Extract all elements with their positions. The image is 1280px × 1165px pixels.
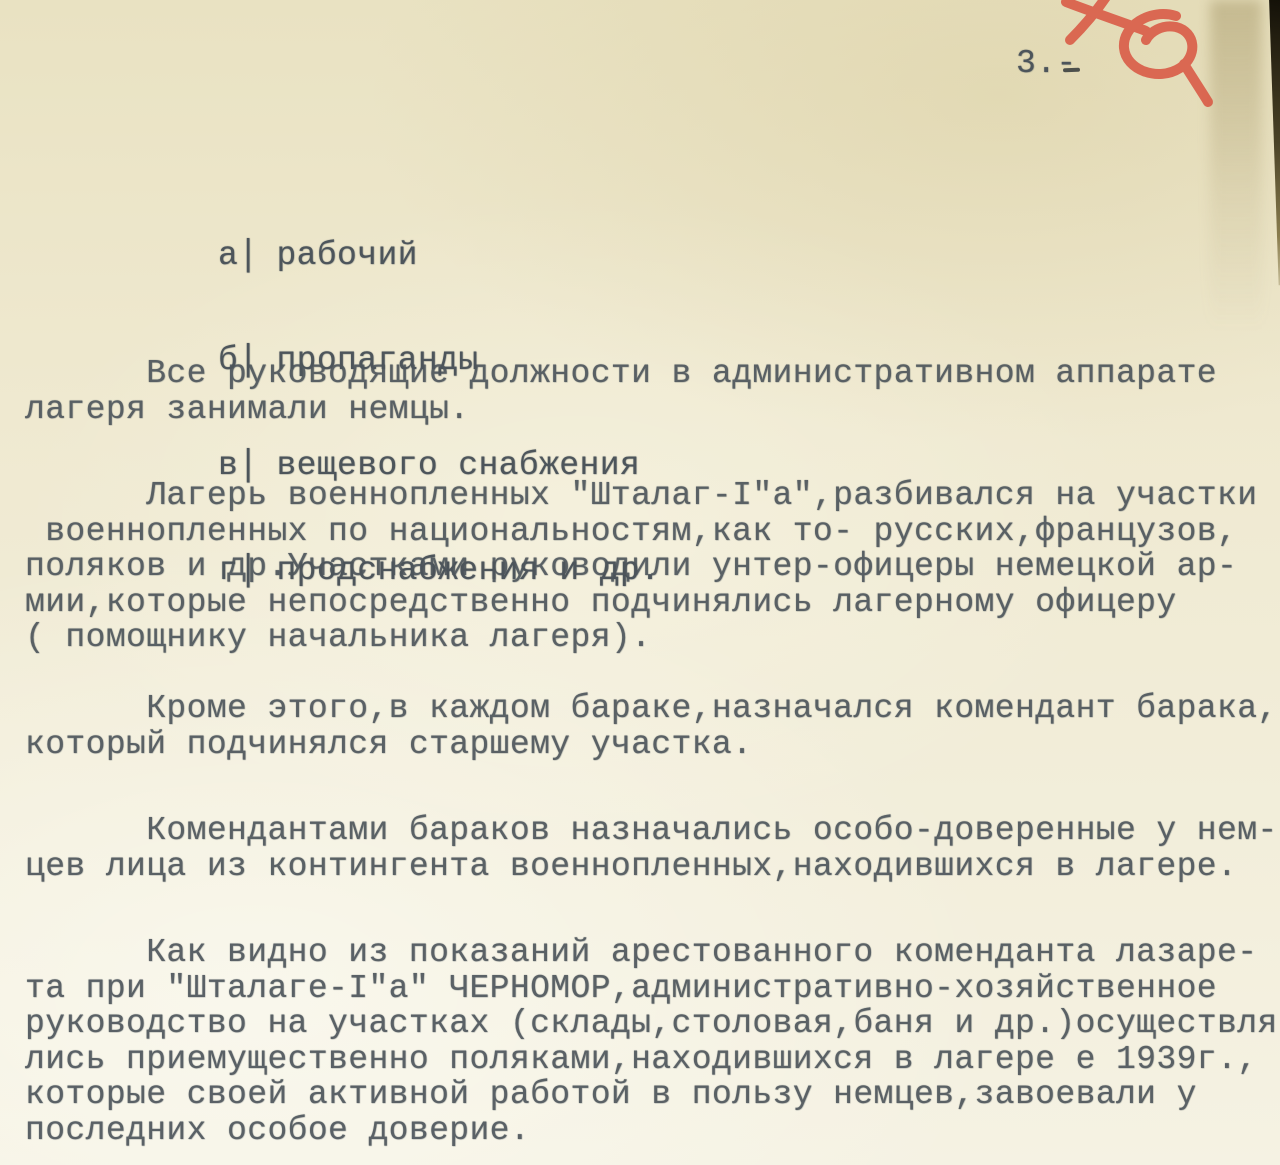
paragraph-barrack-commandant: Кроме этого,в каждом бараке,назначался к…: [25, 691, 1278, 762]
page-number: 3.-: [1016, 46, 1077, 82]
scanned-document-page: 3.- а|рабочий б|пропаганды в|вещевого сн…: [0, 0, 1280, 1165]
paragraph-administration: Все руководящие должности в администрати…: [25, 356, 1217, 427]
paragraph-camp-sections: Лагерь военнопленных "Шталаг-I"а",разбив…: [25, 478, 1257, 656]
paragraph-trusted-commandants: Комендантами бараков назначались особо-д…: [25, 813, 1278, 884]
list-item: а|рабочий: [218, 238, 660, 273]
list-item-label: рабочий: [276, 237, 417, 274]
paragraph-chernomor-testimony: Как видно из показаний арестованного ком…: [25, 935, 1278, 1148]
list-marker: а: [218, 237, 238, 274]
list-divider-bar: |: [238, 236, 258, 275]
page-edge-shadow: [1210, 0, 1262, 330]
